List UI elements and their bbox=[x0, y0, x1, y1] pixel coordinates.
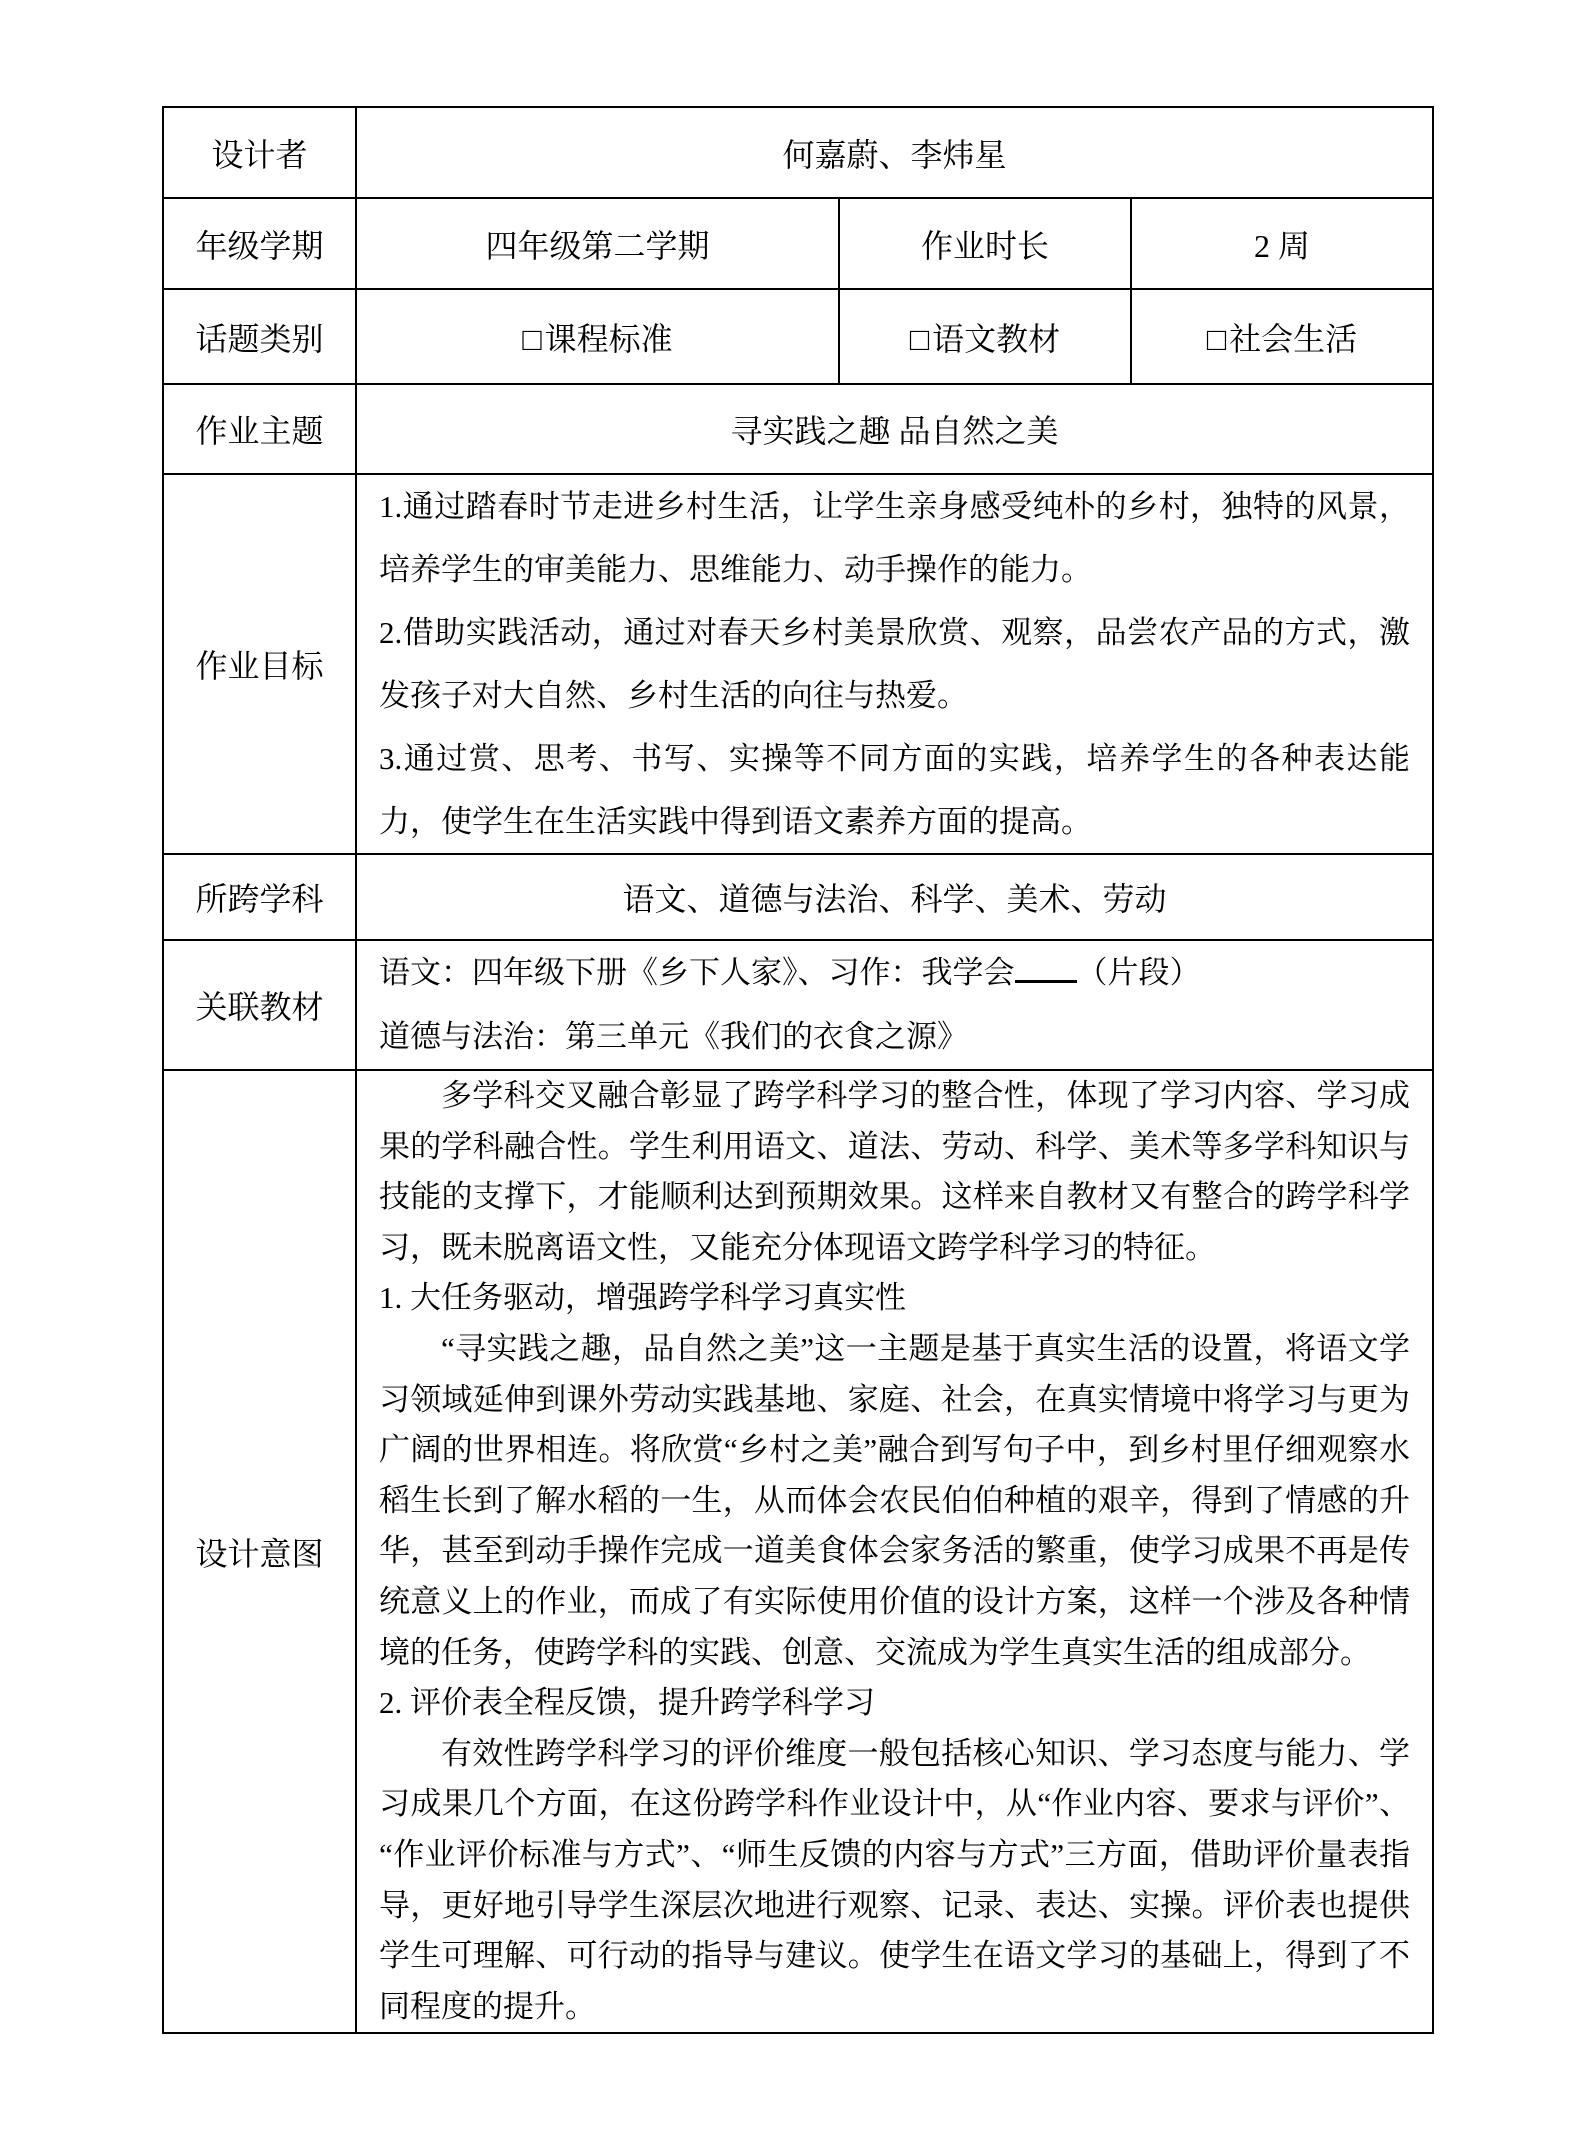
intent-heading-1: 1. 大任务驱动，增强跨学科学习真实性 bbox=[379, 1273, 1410, 1324]
duration-label: 作业时长 bbox=[839, 198, 1131, 289]
grade-semester-label: 年级学期 bbox=[163, 198, 356, 289]
row-subjects: 所跨学科 语文、道德与法治、科学、美术、劳动 bbox=[163, 854, 1433, 940]
topic-option-label: 语文教材 bbox=[932, 321, 1060, 357]
duration-value: 2 周 bbox=[1131, 198, 1433, 289]
row-grade-semester: 年级学期 四年级第二学期 作业时长 2 周 bbox=[163, 198, 1433, 289]
intent-paragraph: 有效性跨学科学习的评价维度一般包括核心知识、学习态度与能力、学习成果几个方面，在… bbox=[379, 1729, 1410, 2033]
goal-paragraph: 1.通过踏春时节走进乡村生活，让学生亲身感受纯朴的乡村，独特的风景，培养学生的审… bbox=[379, 475, 1410, 601]
grade-semester-value: 四年级第二学期 bbox=[356, 198, 839, 289]
topic-option-label: 社会生活 bbox=[1229, 321, 1357, 357]
checkbox-icon: □ bbox=[910, 321, 929, 357]
topic-option-social-life: □社会生活 bbox=[1131, 289, 1433, 384]
goals-label: 作业目标 bbox=[163, 474, 356, 854]
fill-in-blank bbox=[1015, 949, 1077, 983]
materials-content: 语文：四年级下册《乡下人家》、习作：我学会（片段） 道德与法治：第三单元《我们的… bbox=[356, 940, 1433, 1070]
goal-paragraph: 3.通过赏、思考、书写、实操等不同方面的实践，培养学生的各种表达能力，使学生在生… bbox=[379, 727, 1410, 853]
goals-content: 1.通过踏春时节走进乡村生活，让学生亲身感受纯朴的乡村，独特的风景，培养学生的审… bbox=[356, 474, 1433, 854]
checkbox-icon: □ bbox=[522, 321, 541, 357]
topic-option-course-standard: □课程标准 bbox=[356, 289, 839, 384]
subjects-label: 所跨学科 bbox=[163, 854, 356, 940]
designer-label: 设计者 bbox=[163, 107, 356, 198]
intent-heading-2: 2. 评价表全程反馈，提升跨学科学习 bbox=[379, 1678, 1410, 1729]
materials-line1-suffix: （片段） bbox=[1077, 955, 1201, 990]
row-topic-category: 话题类别 □课程标准 □语文教材 □社会生活 bbox=[163, 289, 1433, 384]
checkbox-icon: □ bbox=[1207, 321, 1226, 357]
intent-paragraph: 多学科交叉融合彰显了跨学科学习的整合性，体现了学习内容、学习成果的学科融合性。学… bbox=[379, 1071, 1410, 1273]
topic-option-label: 课程标准 bbox=[545, 321, 673, 357]
topic-option-chinese-textbook: □语文教材 bbox=[839, 289, 1131, 384]
design-intent-label: 设计意图 bbox=[163, 1070, 356, 2033]
row-theme: 作业主题 寻实践之趣 品自然之美 bbox=[163, 384, 1433, 474]
intent-paragraph: “寻实践之趣，品自然之美”这一主题是基于真实生活的设置，将语文学习领域延伸到课外… bbox=[379, 1324, 1410, 1678]
goal-paragraph: 2.借助实践活动，通过对春天乡村美景欣赏、观察，品尝农产品的方式，激发孩子对大自… bbox=[379, 601, 1410, 727]
materials-line-morality: 道德与法治：第三单元《我们的衣食之源》 bbox=[379, 1005, 1410, 1069]
materials-label: 关联教材 bbox=[163, 940, 356, 1070]
theme-value: 寻实践之趣 品自然之美 bbox=[356, 384, 1433, 474]
row-materials: 关联教材 语文：四年级下册《乡下人家》、习作：我学会（片段） 道德与法治：第三单… bbox=[163, 940, 1433, 1070]
assignment-design-table: 设计者 何嘉蔚、李炜星 年级学期 四年级第二学期 作业时长 2 周 话题类别 □… bbox=[162, 106, 1434, 2034]
materials-line-chinese: 语文：四年级下册《乡下人家》、习作：我学会（片段） bbox=[379, 941, 1410, 1005]
topic-category-label: 话题类别 bbox=[163, 289, 356, 384]
row-designer: 设计者 何嘉蔚、李炜星 bbox=[163, 107, 1433, 198]
subjects-value: 语文、道德与法治、科学、美术、劳动 bbox=[356, 854, 1433, 940]
designer-value: 何嘉蔚、李炜星 bbox=[356, 107, 1433, 198]
theme-label: 作业主题 bbox=[163, 384, 356, 474]
row-goals: 作业目标 1.通过踏春时节走进乡村生活，让学生亲身感受纯朴的乡村，独特的风景，培… bbox=[163, 474, 1433, 854]
design-intent-content: 多学科交叉融合彰显了跨学科学习的整合性，体现了学习内容、学习成果的学科融合性。学… bbox=[356, 1070, 1433, 2033]
materials-line1-prefix: 语文：四年级下册《乡下人家》、习作：我学会 bbox=[379, 955, 1015, 990]
row-design-intent: 设计意图 多学科交叉融合彰显了跨学科学习的整合性，体现了学习内容、学习成果的学科… bbox=[163, 1070, 1433, 2033]
